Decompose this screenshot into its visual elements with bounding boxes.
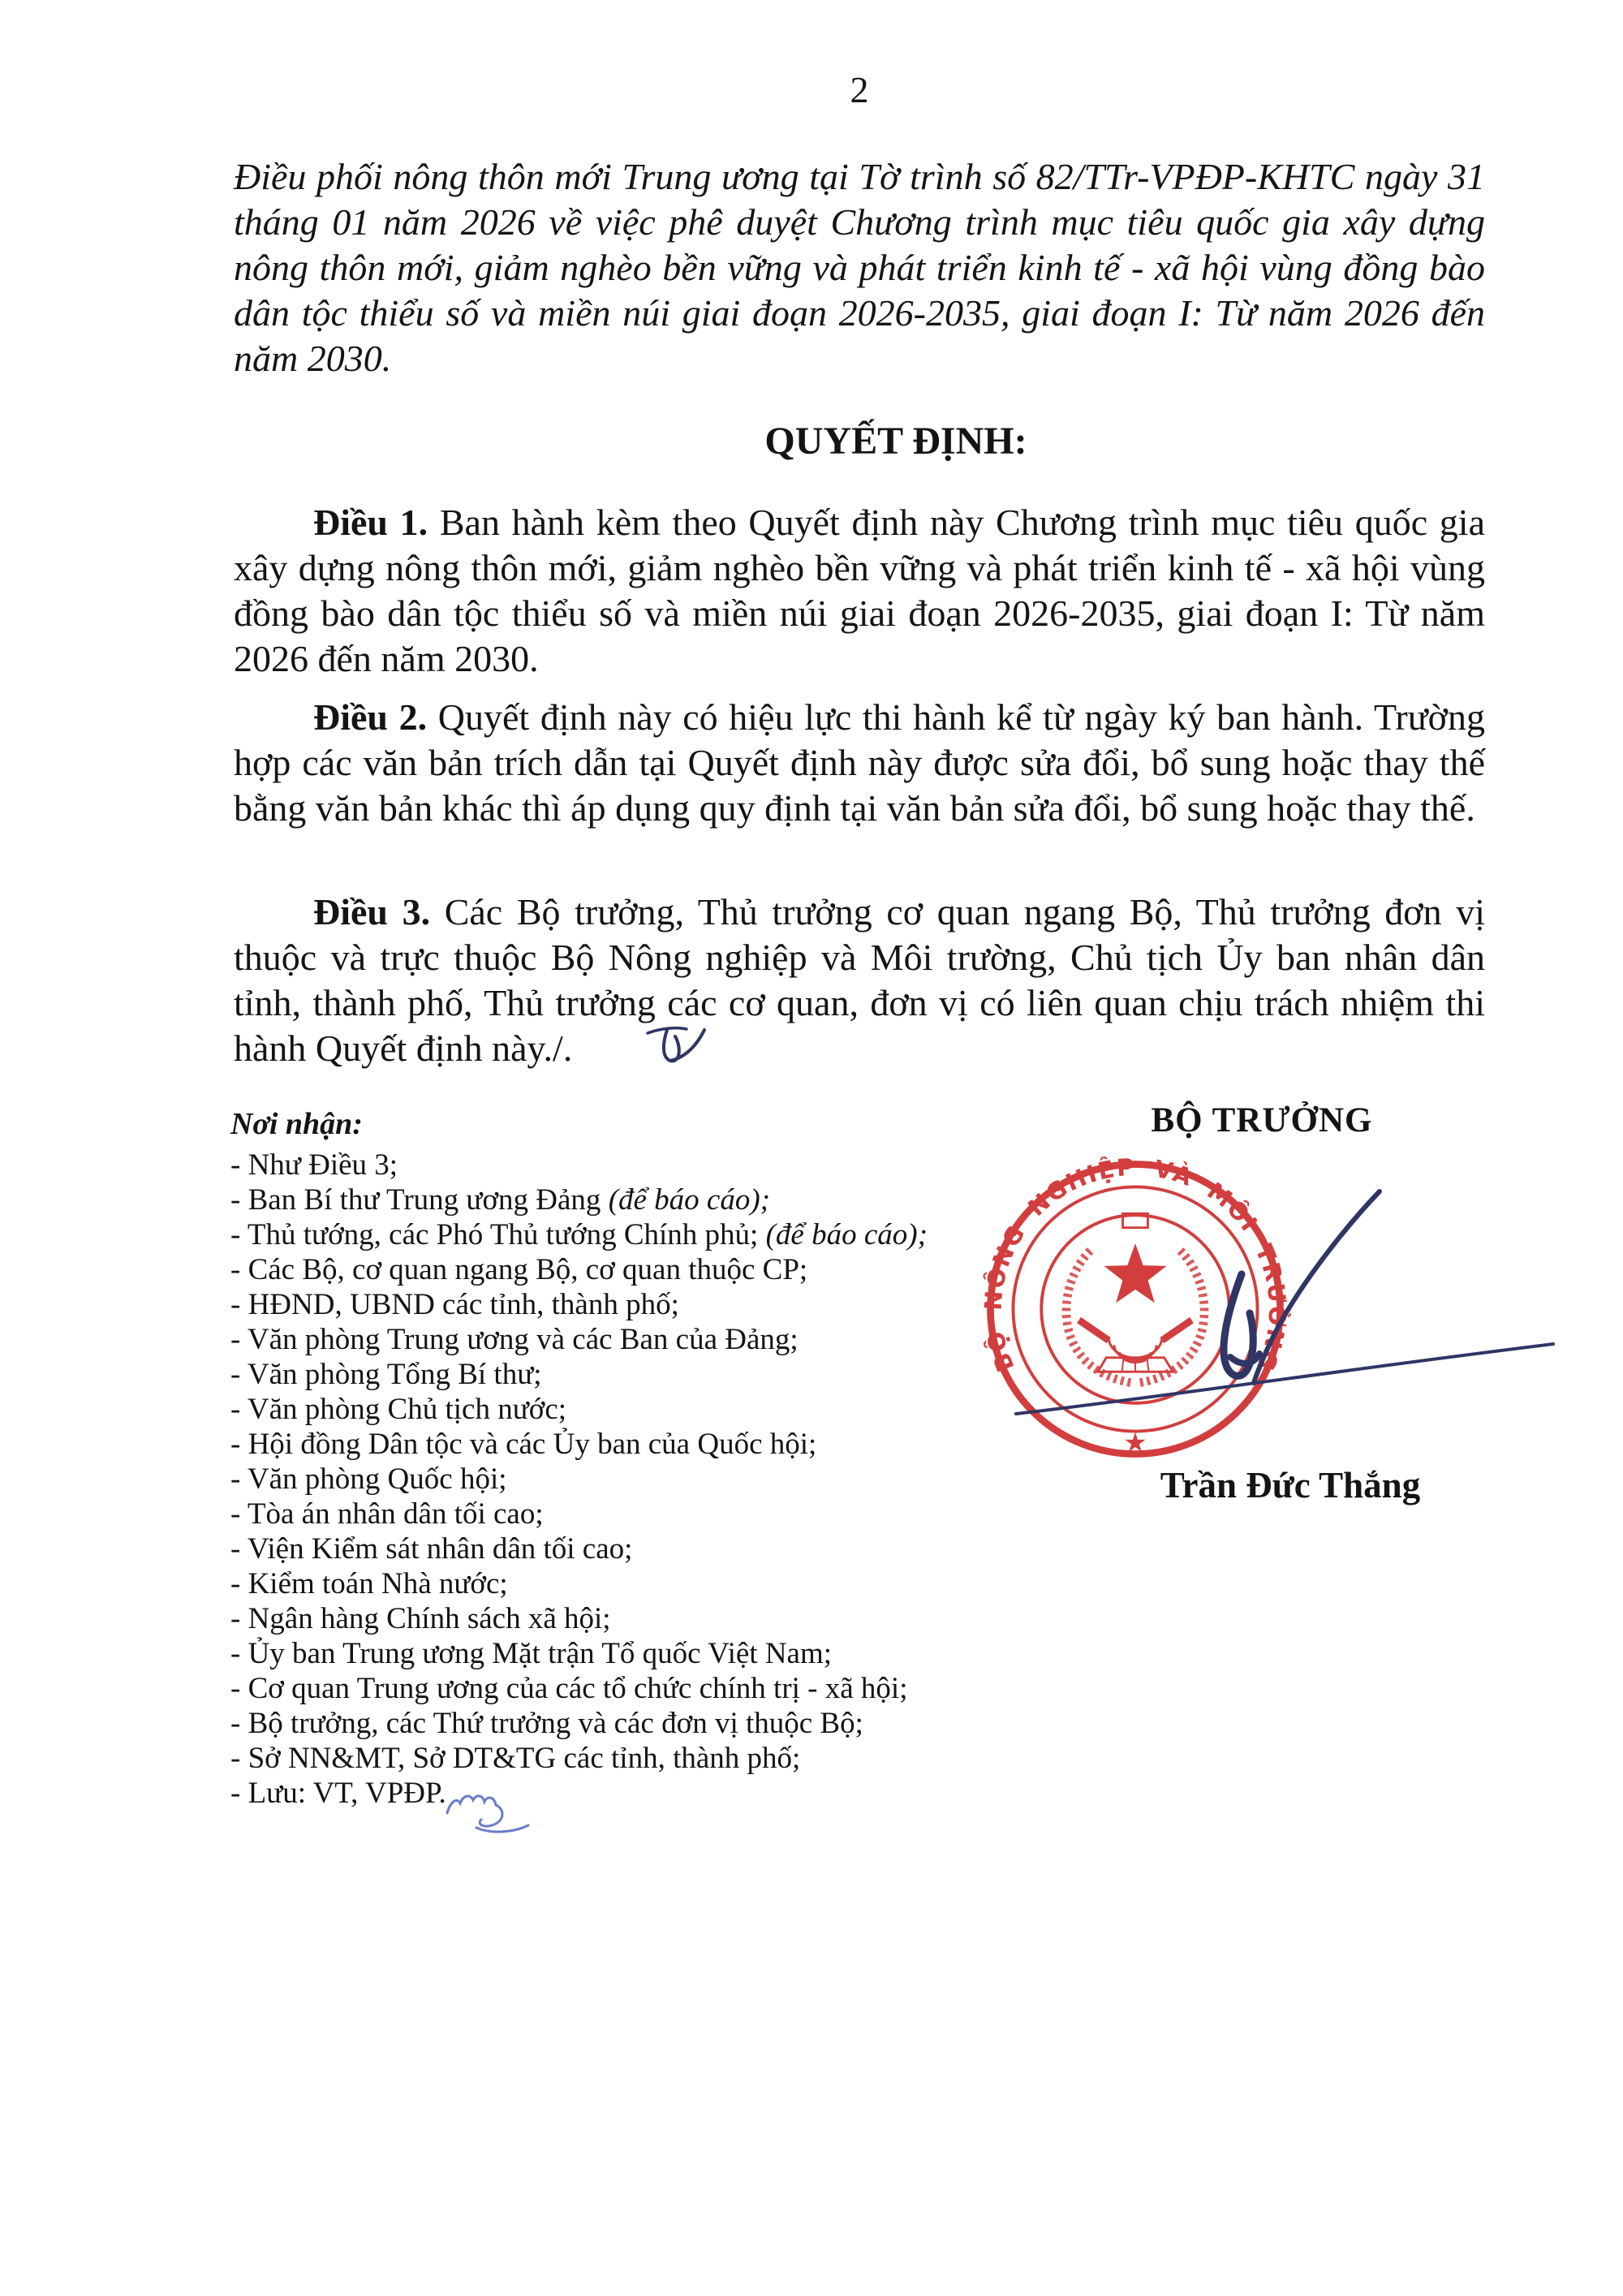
page-number: 2 bbox=[234, 68, 1485, 111]
clerk-paraph-signature bbox=[441, 1789, 536, 1841]
article-3-label: Điều 3. bbox=[313, 891, 430, 933]
article-1-paragraph: Điều 1. Ban hành kèm theo Quyết định này… bbox=[234, 500, 1485, 682]
document-page: 2 Điều phối nông thôn mới Trung ương tại… bbox=[0, 0, 1623, 2296]
recipient-item: - Ủy ban Trung ương Mặt trận Tổ quốc Việ… bbox=[230, 1636, 1010, 1671]
recipient-item: - Sở NN&MT, Sở DT&TG các tỉnh, thành phố… bbox=[230, 1741, 1010, 1776]
recipient-item: - Thủ tướng, các Phó Thủ tướng Chính phủ… bbox=[230, 1217, 1010, 1252]
recipients-list: - Như Điều 3;- Ban Bí thư Trung ương Đản… bbox=[230, 1148, 1010, 1811]
recipients-block: Nơi nhận: - Như Điều 3;- Ban Bí thư Trun… bbox=[230, 1105, 1010, 1811]
recipient-item: - Văn phòng Quốc hội; bbox=[230, 1462, 1010, 1497]
recipients-title: Nơi nhận: bbox=[230, 1105, 1010, 1143]
recipient-item: - Văn phòng Trung ương và các Ban của Đả… bbox=[230, 1322, 1010, 1357]
article-2-paragraph: Điều 2. Quyết định này có hiệu lực thi h… bbox=[234, 695, 1485, 831]
recipient-item: - Bộ trưởng, các Thứ trưởng và các đơn v… bbox=[230, 1706, 1010, 1741]
recipient-item: - Lưu: VT, VPĐP. bbox=[230, 1776, 1010, 1811]
recipient-item: - HĐND, UBND các tỉnh, thành phố; bbox=[230, 1287, 1010, 1322]
recipient-item: - Hội đồng Dân tộc và các Ủy ban của Quố… bbox=[230, 1427, 1010, 1462]
recipient-item: - Tòa án nhân dân tối cao; bbox=[230, 1497, 1010, 1531]
article-2-label: Điều 2. bbox=[313, 696, 427, 738]
minister-signature bbox=[974, 1152, 1615, 1461]
recipient-item: - Kiểm toán Nhà nước; bbox=[230, 1566, 1010, 1601]
minister-title: BỘ TRƯỞNG bbox=[978, 1101, 1546, 1140]
recipient-item: - Như Điều 3; bbox=[230, 1148, 1010, 1182]
article-1-label: Điều 1. bbox=[313, 502, 428, 543]
article-3-paragraph: Điều 3. Các Bộ trưởng, Thủ trưởng cơ qua… bbox=[234, 890, 1485, 1071]
recipient-item: - Cơ quan Trung ương của các tổ chức chí… bbox=[230, 1671, 1010, 1706]
decision-heading: QUYẾT ĐỊNH: bbox=[234, 419, 1485, 463]
recipient-item: - Văn phòng Chủ tịch nước; bbox=[230, 1392, 1010, 1427]
approval-initial-signature bbox=[643, 1019, 720, 1071]
intro-paragraph: Điều phối nông thôn mới Trung ương tại T… bbox=[234, 154, 1485, 381]
recipient-item: - Ban Bí thư Trung ương Đảng (để báo cáo… bbox=[230, 1182, 1010, 1217]
recipient-item: - Viện Kiểm sát nhân dân tối cao; bbox=[230, 1531, 1010, 1566]
recipient-item: - Văn phòng Tổng Bí thư; bbox=[230, 1357, 1010, 1392]
recipient-item: - Ngân hàng Chính sách xã hội; bbox=[230, 1601, 1010, 1636]
recipient-item: - Các Bộ, cơ quan ngang Bộ, cơ quan thuộ… bbox=[230, 1252, 1010, 1287]
